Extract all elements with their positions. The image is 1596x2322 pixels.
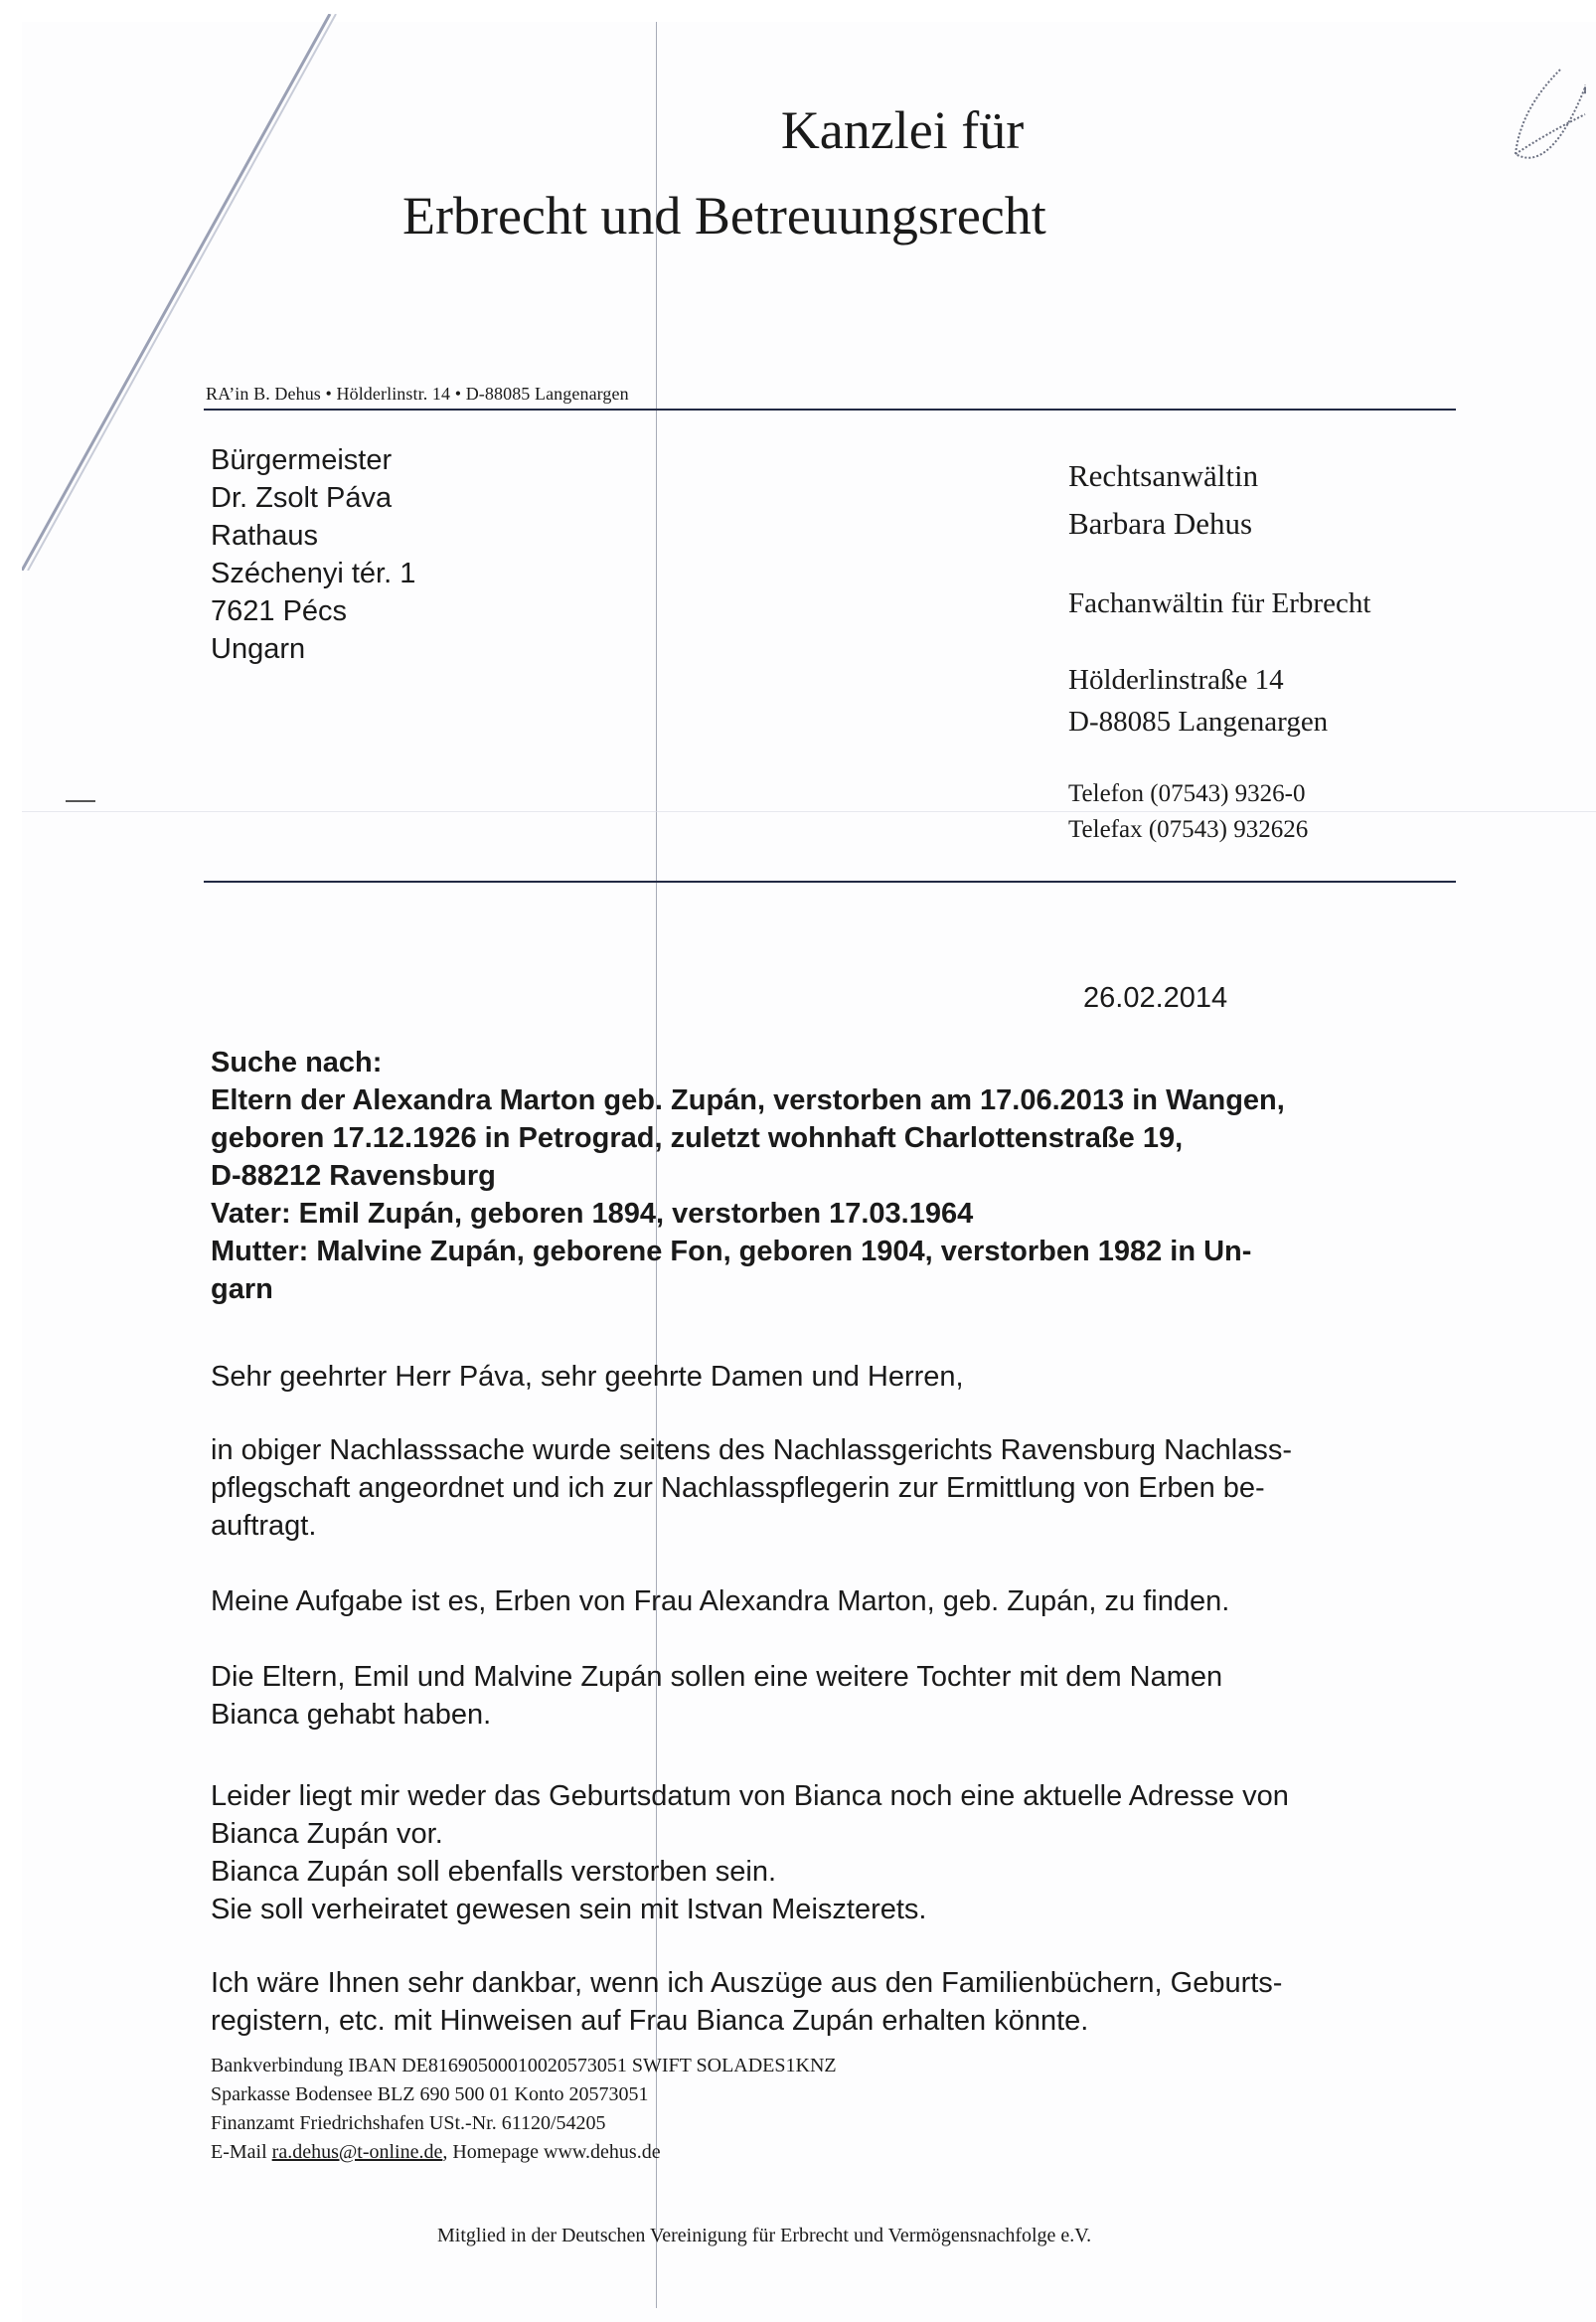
subject-block: Suche nach: Eltern der Alexandra Marton … <box>211 1044 1463 1308</box>
footer-bank: Bankverbindung IBAN DE816905000100205730… <box>211 2052 837 2080</box>
firm-phone: Telefon (07543) 9326-0 <box>1068 776 1308 812</box>
paragraph-line: Ich wäre Ihnen sehr dankbar, wenn ich Au… <box>211 1964 1483 2002</box>
paragraph-line: Bianca gehabt haben. <box>211 1696 1483 1734</box>
scan-border <box>0 0 22 2322</box>
firm-contact: Telefon (07543) 9326-0 Telefax (07543) 9… <box>1068 776 1308 848</box>
firm-specialty: Fachanwältin für Erbrecht <box>1068 580 1370 627</box>
paragraph-line: pflegschaft angeordnet und ich zur Nachl… <box>211 1469 1483 1507</box>
paragraph: in obiger Nachlasssache wurde seitens de… <box>211 1431 1483 1545</box>
subject-line: Vater: Emil Zupán, geboren 1894, verstor… <box>211 1195 1463 1233</box>
salutation: Sehr geehrter Herr Páva, sehr geehrte Da… <box>211 1358 1483 1396</box>
footer-contact: E-Mail ra.dehus@t-online.de, Homepage ww… <box>211 2138 837 2167</box>
email-label: E-Mail <box>211 2141 272 2163</box>
salutation-text: Sehr geehrter Herr Páva, sehr geehrte Da… <box>211 1358 1483 1396</box>
paragraph-line: Sie soll verheiratet gewesen sein mit Is… <box>211 1891 1483 1928</box>
email-link[interactable]: ra.dehus@t-online.de <box>272 2141 443 2163</box>
fold-mark <box>66 800 95 802</box>
recipient-line: Dr. Zsolt Páva <box>211 479 415 517</box>
scanned-letter-page: Kanzlei für Erbrecht und Betreuungsrecht… <box>0 0 1596 2322</box>
recipient-line: Rathaus <box>211 517 415 555</box>
recipient-line: Bürgermeister <box>211 441 415 479</box>
footer-sparkasse: Sparkasse Bodensee BLZ 690 500 01 Konto … <box>211 2080 837 2109</box>
firm-info-block: Rechtsanwältin Barbara Dehus Fachanwälti… <box>1068 452 1258 548</box>
paragraph: Ich wäre Ihnen sehr dankbar, wenn ich Au… <box>211 1964 1483 2040</box>
divider <box>204 409 1456 411</box>
paragraph: Meine Aufgabe ist es, Erben von Frau Ale… <box>211 1582 1483 1620</box>
footer-tax: Finanzamt Friedrichshafen USt.-Nr. 61120… <box>211 2109 837 2138</box>
subject-line: Mutter: Malvine Zupán, geborene Fon, geb… <box>211 1233 1463 1270</box>
letter-date: 26.02.2014 <box>1083 982 1227 1015</box>
paragraph-line: Bianca Zupán soll ebenfalls verstorben s… <box>211 1853 1483 1891</box>
homepage-link[interactable]: www.dehus.de <box>544 2141 661 2163</box>
paragraph-line: Leider liegt mir weder das Geburtsdatum … <box>211 1777 1483 1815</box>
paragraph-line: Meine Aufgabe ist es, Erben von Frau Ale… <box>211 1582 1483 1620</box>
sender-return-address: RA’in B. Dehus • Hölderlinstr. 14 • D-88… <box>206 384 629 405</box>
firm-title: Rechtsanwältin <box>1068 452 1258 500</box>
homepage-label: , Homepage <box>442 2141 544 2163</box>
subject-line: garn <box>211 1270 1463 1308</box>
paragraph-line: registern, etc. mit Hinweisen auf Frau B… <box>211 2002 1483 2040</box>
recipient-line: Ungarn <box>211 630 415 668</box>
paragraph-line: Bianca Zupán vor. <box>211 1815 1483 1853</box>
subject-line: Eltern der Alexandra Marton geb. Zupán, … <box>211 1081 1463 1119</box>
paper-fold-line <box>22 811 1596 812</box>
footer-bank-details: Bankverbindung IBAN DE816905000100205730… <box>211 2052 837 2167</box>
paragraph-line: auftragt. <box>211 1507 1483 1545</box>
letterhead-title-line2: Erbrecht und Betreuungsrecht <box>402 185 1046 247</box>
firm-street: Hölderlinstraße 14 <box>1068 659 1328 701</box>
paragraph-line: in obiger Nachlasssache wurde seitens de… <box>211 1431 1483 1469</box>
firm-fax: Telefax (07543) 932626 <box>1068 812 1308 848</box>
recipient-address: Bürgermeister Dr. Zsolt Páva Rathaus Szé… <box>211 441 415 668</box>
membership-note: Mitglied in der Deutschen Vereinigung fü… <box>437 2225 1091 2247</box>
subject-line: geboren 17.12.1926 in Petrograd, zuletzt… <box>211 1119 1463 1157</box>
recipient-line: Széchenyi tér. 1 <box>211 555 415 592</box>
divider <box>204 881 1456 883</box>
firm-name: Barbara Dehus <box>1068 500 1258 548</box>
subject-line: D-88212 Ravensburg <box>211 1157 1463 1195</box>
letterhead-title-line1: Kanzlei für <box>0 99 1596 161</box>
paragraph-line: Die Eltern, Emil und Malvine Zupán solle… <box>211 1658 1483 1696</box>
subject-line: Suche nach: <box>211 1044 1463 1081</box>
paragraph: Leider liegt mir weder das Geburtsdatum … <box>211 1777 1483 1928</box>
firm-address: Hölderlinstraße 14 D-88085 Langenargen <box>1068 659 1328 743</box>
recipient-line: 7621 Pécs <box>211 592 415 630</box>
firm-city: D-88085 Langenargen <box>1068 701 1328 743</box>
paragraph: Die Eltern, Emil und Malvine Zupán solle… <box>211 1658 1483 1734</box>
